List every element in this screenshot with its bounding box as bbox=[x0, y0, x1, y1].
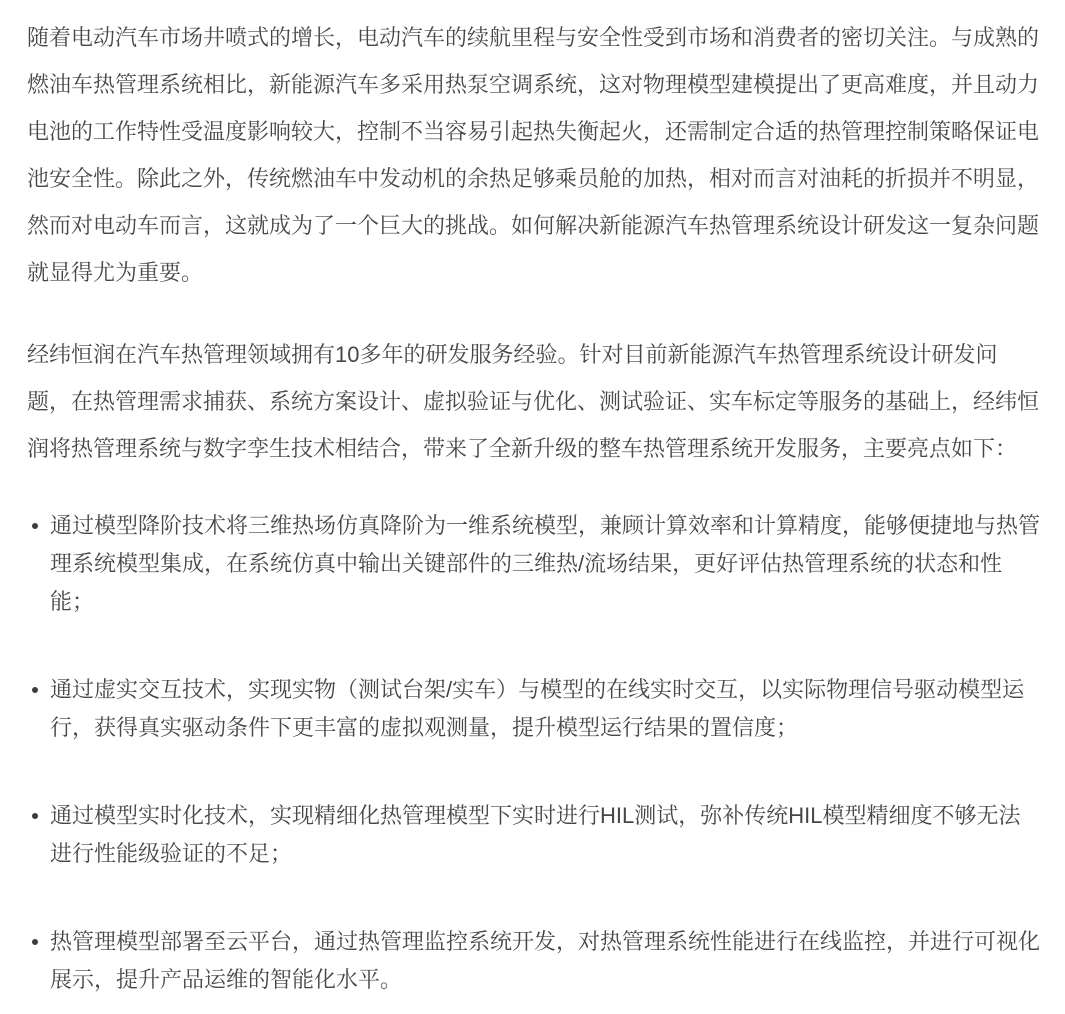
bullet-text: 通过模型降阶技术将三维热场仿真降阶为一维系统模型，兼顾计算效率和计算精度，能够便… bbox=[50, 513, 1040, 614]
highlights-list: 通过模型降阶技术将三维热场仿真降阶为一维系统模型，兼顾计算效率和计算精度，能够便… bbox=[27, 507, 1040, 999]
intro-paragraph: 随着电动汽车市场井喷式的增长，电动汽车的续航里程与安全性受到市场和消费者的密切关… bbox=[27, 14, 1040, 296]
bullet-icon bbox=[32, 813, 38, 819]
article-page: 随着电动汽车市场井喷式的增长，电动汽车的续航里程与安全性受到市场和消费者的密切关… bbox=[0, 0, 1065, 1014]
bullet-text: 热管理模型部署至云平台，通过热管理监控系统开发，对热管理系统性能进行在线监控，并… bbox=[50, 929, 1040, 992]
list-item: 热管理模型部署至云平台，通过热管理监控系统开发，对热管理系统性能进行在线监控，并… bbox=[27, 923, 1040, 999]
company-services-paragraph: 经纬恒润在汽车热管理领域拥有10多年的研发服务经验。针对目前新能源汽车热管理系统… bbox=[27, 331, 1040, 472]
bullet-text: 通过虚实交互技术，实现实物（测试台架/实车）与模型的在线实时交互，以实际物理信号… bbox=[50, 677, 1024, 740]
bullet-icon bbox=[32, 523, 38, 529]
list-item: 通过模型实时化技术，实现精细化热管理模型下实时进行HIL测试，弥补传统HIL模型… bbox=[27, 797, 1040, 873]
list-item: 通过模型降阶技术将三维热场仿真降阶为一维系统模型，兼顾计算效率和计算精度，能够便… bbox=[27, 507, 1040, 621]
list-item: 通过虚实交互技术，实现实物（测试台架/实车）与模型的在线实时交互，以实际物理信号… bbox=[27, 671, 1040, 747]
bullet-text: 通过模型实时化技术，实现精细化热管理模型下实时进行HIL测试，弥补传统HIL模型… bbox=[50, 803, 1020, 866]
bullet-icon bbox=[32, 687, 38, 693]
bullet-icon bbox=[32, 939, 38, 945]
